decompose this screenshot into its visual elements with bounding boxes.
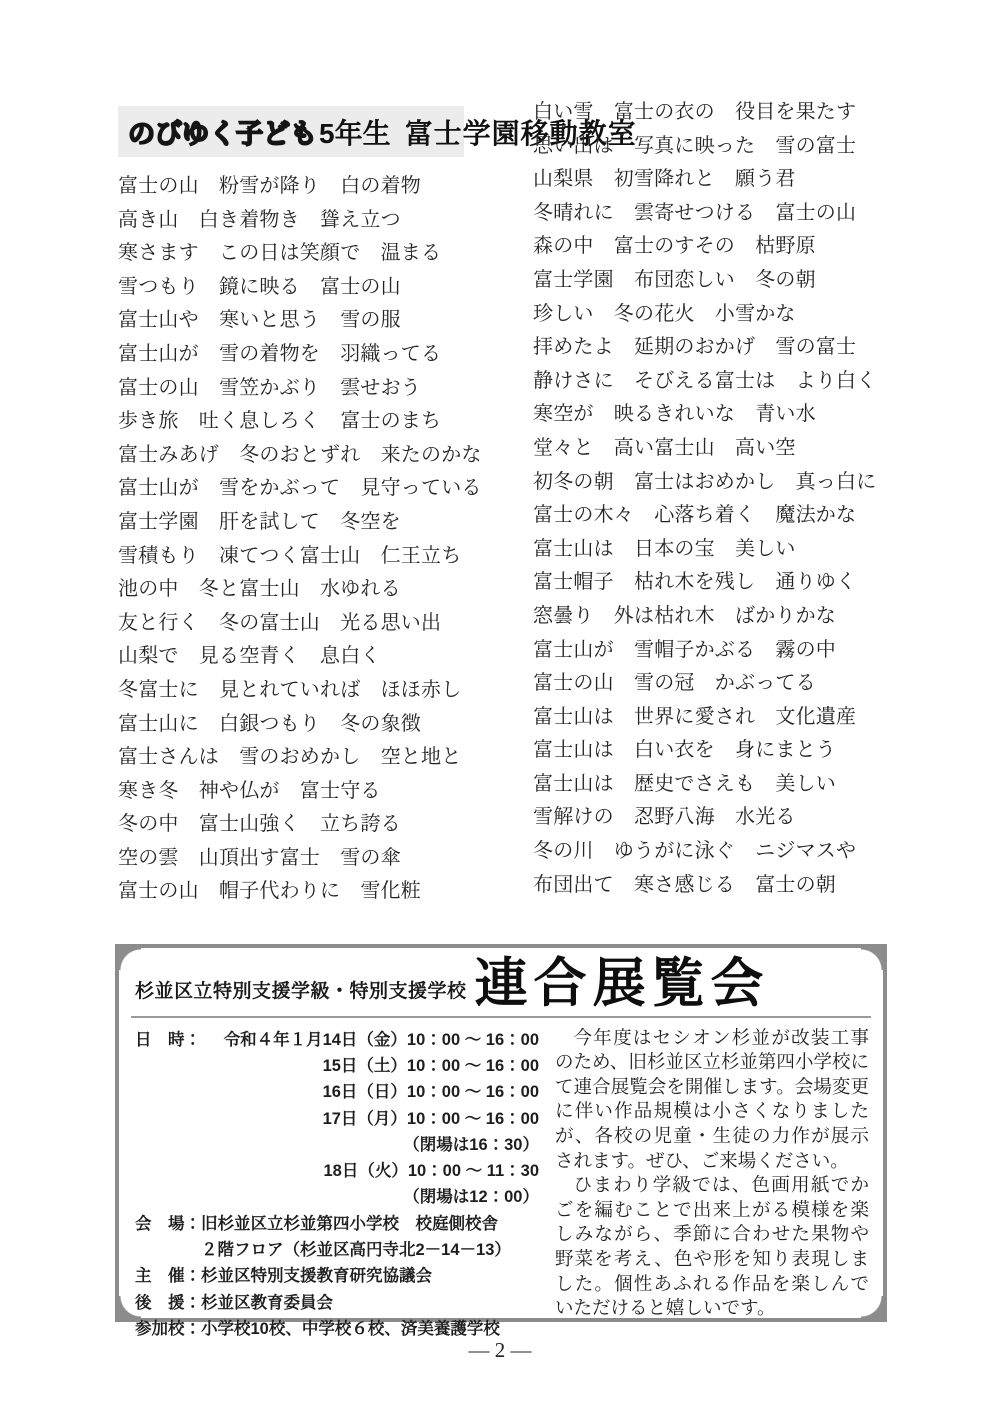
exhibition-details: 日 時： 令和４年１月14日（金）10：00 ～ 16：00 15日（土）10：… <box>135 1027 539 1343</box>
exhibition-notice-box: 杉並区立特別支援学級・特別支援学校 連合展覧会 日 時： 令和４年１月14日（金… <box>115 944 887 1322</box>
section-header-badge: のびゆく子ども 5年生 富士学園移動教室 <box>118 106 464 157</box>
venue-line: 会 場：旧杉並区立杉並第四小学校 校庭側校舎 <box>135 1211 539 1237</box>
poem-line: 富士山が 雪帽子かぶる 霧の中 <box>533 634 938 668</box>
poem-line: 友と行く 冬の富士山 光る思い出 <box>118 607 523 641</box>
description-paragraph-2: ひまわり学級では、色画用紙でかごを編むことで出来上がる模様を楽しみながら、季節に… <box>555 1174 869 1322</box>
poem-line: 富士学園 肝を試して 冬空を <box>118 506 523 540</box>
exhibition-body: 日 時： 令和４年１月14日（金）10：00 ～ 16：00 15日（土）10：… <box>119 1018 883 1343</box>
poem-line: 珍しい 冬の花火 小雪かな <box>533 298 938 332</box>
poem-line: 冬の川 ゆうがに泳ぐ ニジマスや <box>533 835 938 869</box>
poem-line: 山梨で 見る空青く 息白く <box>118 640 523 674</box>
description-paragraph-1: 今年度はセシオン杉並が改装工事のため、旧杉並区立杉並第四小学校にて連合展覧会を開… <box>555 1027 869 1175</box>
poem-line: 富士山は 世界に愛され 文化遺産 <box>533 701 938 735</box>
poem-line: 富士さんは 雪のおめかし 空と地と <box>118 741 523 775</box>
frame-corner-ornament <box>861 1296 887 1322</box>
poem-line: 富士の木々 心落ち着く 魔法かな <box>533 499 938 533</box>
poem-line: 布団出て 寒さ感じる 富士の朝 <box>533 869 938 903</box>
venue-label: 会 場： <box>135 1215 201 1233</box>
poem-line: 雪つもり 鏡に映る 富士の山 <box>118 271 523 305</box>
poem-line: 池の中 冬と富士山 水ゆれる <box>118 573 523 607</box>
poem-line: 森の中 富士のすその 枯野原 <box>533 230 938 264</box>
poem-line: 富士山は 白い衣を 身にまとう <box>533 734 938 768</box>
poem-line: 富士山は 日本の宝 美しい <box>533 533 938 567</box>
venue-value: 旧杉並区立杉並第四小学校 校庭側校舎 <box>201 1215 498 1233</box>
schedule-closing-note: （閉場は16：30） <box>135 1132 539 1158</box>
poem-line: 拝めたよ 延期のおかげ 雪の富士 <box>533 331 938 365</box>
schedule-line: 18日（火）10：00 ～ 11：30 <box>135 1158 539 1184</box>
poem-line: 富士山に 白銀つもり 冬の象徴 <box>118 708 523 742</box>
poem-line: 富士学園 布団恋しい 冬の朝 <box>533 264 938 298</box>
frame-corner-ornament <box>861 944 887 970</box>
exhibition-header: 杉並区立特別支援学級・特別支援学校 連合展覧会 <box>119 948 883 1012</box>
schedule-line: 17日（月）10：00 ～ 16：00 <box>135 1106 539 1132</box>
poem-line: 冬の中 富士山強く 立ち誇る <box>118 808 523 842</box>
poem-line: 歩き旅 吐く息しろく 富士のまち <box>118 405 523 439</box>
poem-line: 窓曇り 外は枯れ木 ばかりかな <box>533 600 938 634</box>
poem-column-right: 白い雪 富士の衣の 役目を果たす思い出は 写真に映った 雪の富士山梨県 初雪降れ… <box>533 96 938 902</box>
exhibition-organizer-label: 杉並区立特別支援学級・特別支援学校 <box>135 976 467 1012</box>
page-number: ― 2 ― <box>0 1338 1000 1363</box>
poem-line: 高き山 白き着物き 聳え立つ <box>118 204 523 238</box>
poem-line: 白い雪 富士の衣の 役目を果たす <box>533 96 938 130</box>
support-line: 後 援：杉並区教育委員会 <box>135 1290 539 1316</box>
schedule-line: 15日（土）10：00 ～ 16：00 <box>135 1053 539 1079</box>
poem-line: 雪積もり 凍てつく富士山 仁王立ち <box>118 540 523 574</box>
schedule-line: 16日（日）10：00 ～ 16：00 <box>135 1079 539 1105</box>
poem-line: 富士山が 雪をかぶって 見守っている <box>118 472 523 506</box>
schedule-first-value: 令和４年１月14日（金）10：00 ～ 16：00 <box>224 1027 539 1053</box>
poem-line: 空の雲 山頂出す富士 雪の傘 <box>118 842 523 876</box>
exhibition-description: 今年度はセシオン杉並が改装工事のため、旧杉並区立杉並第四小学校にて連合展覧会を開… <box>555 1027 869 1343</box>
frame-corner-ornament <box>115 944 141 970</box>
poem-line: 思い出は 写真に映った 雪の富士 <box>533 130 938 164</box>
poem-line: 寒き冬 神や仏が 富士守る <box>118 775 523 809</box>
exhibition-title: 連合展覧会 <box>475 956 770 1012</box>
poem-column-left: 富士の山 粉雪が降り 白の着物高き山 白き着物き 聳え立つ寒さます この日は笑顔… <box>118 170 523 909</box>
poem-line: 富士山や 寒いと思う 雪の服 <box>118 304 523 338</box>
venue-line2: ２階フロア（杉並区高円寺北2－14－13） <box>135 1237 539 1263</box>
poem-line: 富士の山 粉雪が降り 白の着物 <box>118 170 523 204</box>
poem-line: 静けさに そびえる富士は より白く <box>533 365 938 399</box>
schedule-closing-note: （閉場は12：00） <box>135 1184 539 1210</box>
poem-line: 富士帽子 枯れ木を残し 通りゆく <box>533 566 938 600</box>
poem-line: 富士山は 歴史でさえも 美しい <box>533 768 938 802</box>
document-page: のびゆく子ども 5年生 富士学園移動教室 富士の山 粉雪が降り 白の着物高き山 … <box>0 0 1000 1414</box>
schedule-line: 日 時： 令和４年１月14日（金）10：00 ～ 16：00 <box>135 1027 539 1053</box>
poem-line: 雪解けの 忍野八海 水光る <box>533 801 938 835</box>
badge-grade-label: 5年生 <box>319 112 391 152</box>
poem-line: 寒さます この日は笑顔で 温まる <box>118 237 523 271</box>
host-line: 主 催：杉並区特別支援教育研究協議会 <box>135 1263 539 1289</box>
poem-line: 寒空が 映るきれいな 青い水 <box>533 398 938 432</box>
badge-bubble-text: のびゆく子ども <box>128 112 317 151</box>
poem-line: 富士山が 雪の着物を 羽織ってる <box>118 338 523 372</box>
poem-line: 富士の山 雪笠かぶり 雲せおう <box>118 372 523 406</box>
poem-line: 堂々と 高い富士山 高い空 <box>533 432 938 466</box>
frame-corner-ornament <box>115 1296 141 1322</box>
poem-line: 山梨県 初雪降れと 願う君 <box>533 163 938 197</box>
poem-line: 富士の山 雪の冠 かぶってる <box>533 667 938 701</box>
poem-line: 富士みあげ 冬のおとずれ 来たのかな <box>118 439 523 473</box>
poem-line: 冬富士に 見とれていれば ほほ赤し <box>118 674 523 708</box>
schedule-label: 日 時： <box>135 1027 201 1053</box>
poem-line: 冬晴れに 雲寄せつける 富士の山 <box>533 197 938 231</box>
poem-line: 初冬の朝 富士はおめかし 真っ白に <box>533 466 938 500</box>
poem-line: 富士の山 帽子代わりに 雪化粧 <box>118 875 523 909</box>
